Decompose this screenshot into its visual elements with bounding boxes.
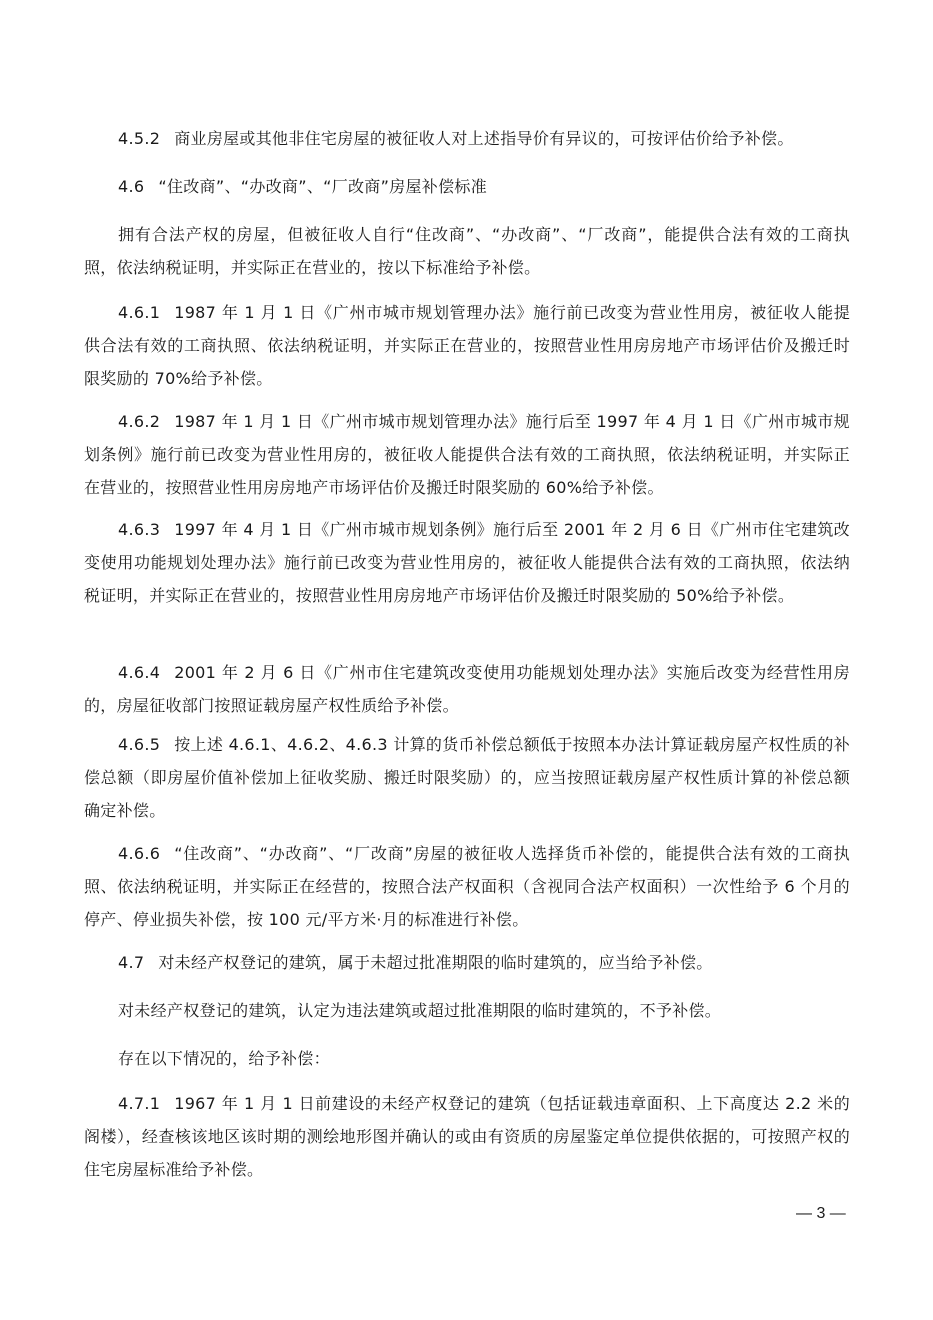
paragraph-4-7-unregistered: 对未经产权登记的建筑，认定为违法建筑或超过批准期限的临时建筑的，不予补偿。 xyxy=(84,994,850,1027)
paragraph-4-7: 4.7对未经产权登记的建筑，属于未超过批准期限的临时建筑的，应当给予补偿。 xyxy=(84,946,850,979)
paragraph-4-6-1: 4.6.11987 年 1 月 1 日《广州市城市规划管理办法》施行前已改变为营… xyxy=(84,296,850,395)
heading-text: “住改商”、“办改商”、“厂改商”房屋补偿标准 xyxy=(158,177,487,196)
section-number: 4.6.3 xyxy=(118,520,160,539)
paragraph-text: 1987 年 1 月 1 日《广州市城市规划管理办法》施行前已改变为营业性用房，… xyxy=(84,303,850,388)
paragraph-text: 1997 年 4 月 1 日《广州市城市规划条例》施行后至 2001 年 2 月… xyxy=(84,520,850,605)
page-number: — 3 — xyxy=(796,1205,846,1223)
paragraph-4-6-3: 4.6.31997 年 4 月 1 日《广州市城市规划条例》施行后至 2001 … xyxy=(84,513,850,612)
section-number: 4.6.4 xyxy=(118,663,160,682)
paragraph-4-6-4: 4.6.42001 年 2 月 6 日《广州市住宅建筑改变使用功能规划处理办法》… xyxy=(84,656,850,722)
paragraph-text: 商业房屋或其他非住宅房屋的被征收人对上述指导价有异议的，可按评估价给予补偿。 xyxy=(174,129,793,148)
paragraph-text: 存在以下情况的，给予补偿： xyxy=(118,1049,330,1068)
section-number: 4.6 xyxy=(118,177,144,196)
section-number: 4.6.6 xyxy=(118,844,160,863)
section-number: 4.6.1 xyxy=(118,303,160,322)
document-page: 4.5.2商业房屋或其他非住宅房屋的被征收人对上述指导价有异议的，可按评估价给予… xyxy=(84,0,850,1320)
paragraph-text: 拥有合法产权的房屋，但被征收人自行“住改商”、“办改商”、“厂改商”，能提供合法… xyxy=(84,225,850,277)
section-heading-4-6: 4.6“住改商”、“办改商”、“厂改商”房屋补偿标准 xyxy=(84,170,850,203)
paragraph-text: 1967 年 1 月 1 日前建设的未经产权登记的建筑（包括证载违章面积、上下高… xyxy=(84,1094,850,1179)
paragraph-4-7-conditions: 存在以下情况的，给予补偿： xyxy=(84,1042,850,1075)
section-number: 4.7.1 xyxy=(118,1094,160,1113)
paragraph-4-6-6: 4.6.6“住改商”、“办改商”、“厂改商”房屋的被征收人选择货币补偿的，能提供… xyxy=(84,837,850,936)
paragraph-4-6-5: 4.6.5按上述 4.6.1、4.6.2、4.6.3 计算的货币补偿总额低于按照… xyxy=(84,728,850,827)
section-number: 4.7 xyxy=(118,953,144,972)
section-number: 4.6.2 xyxy=(118,412,160,431)
section-number: 4.5.2 xyxy=(118,129,160,148)
paragraph-4-6-intro: 拥有合法产权的房屋，但被征收人自行“住改商”、“办改商”、“厂改商”，能提供合法… xyxy=(84,218,850,284)
paragraph-text: 对未经产权登记的建筑，属于未超过批准期限的临时建筑的，应当给予补偿。 xyxy=(158,953,712,972)
paragraph-text: 按上述 4.6.1、4.6.2、4.6.3 计算的货币补偿总额低于按照本办法计算… xyxy=(84,735,850,820)
paragraph-4-5-2: 4.5.2商业房屋或其他非住宅房屋的被征收人对上述指导价有异议的，可按评估价给予… xyxy=(84,122,850,155)
paragraph-text: 2001 年 2 月 6 日《广州市住宅建筑改变使用功能规划处理办法》实施后改变… xyxy=(84,663,850,715)
section-number: 4.6.5 xyxy=(118,735,160,754)
paragraph-4-7-1: 4.7.11967 年 1 月 1 日前建设的未经产权登记的建筑（包括证载违章面… xyxy=(84,1087,850,1186)
paragraph-text: 1987 年 1 月 1 日《广州市城市规划管理办法》施行后至 1997 年 4… xyxy=(84,412,850,497)
paragraph-text: 对未经产权登记的建筑，认定为违法建筑或超过批准期限的临时建筑的，不予补偿。 xyxy=(118,1001,721,1020)
paragraph-text: “住改商”、“办改商”、“厂改商”房屋的被征收人选择货币补偿的，能提供合法有效的… xyxy=(84,844,850,929)
paragraph-4-6-2: 4.6.21987 年 1 月 1 日《广州市城市规划管理办法》施行后至 199… xyxy=(84,405,850,504)
